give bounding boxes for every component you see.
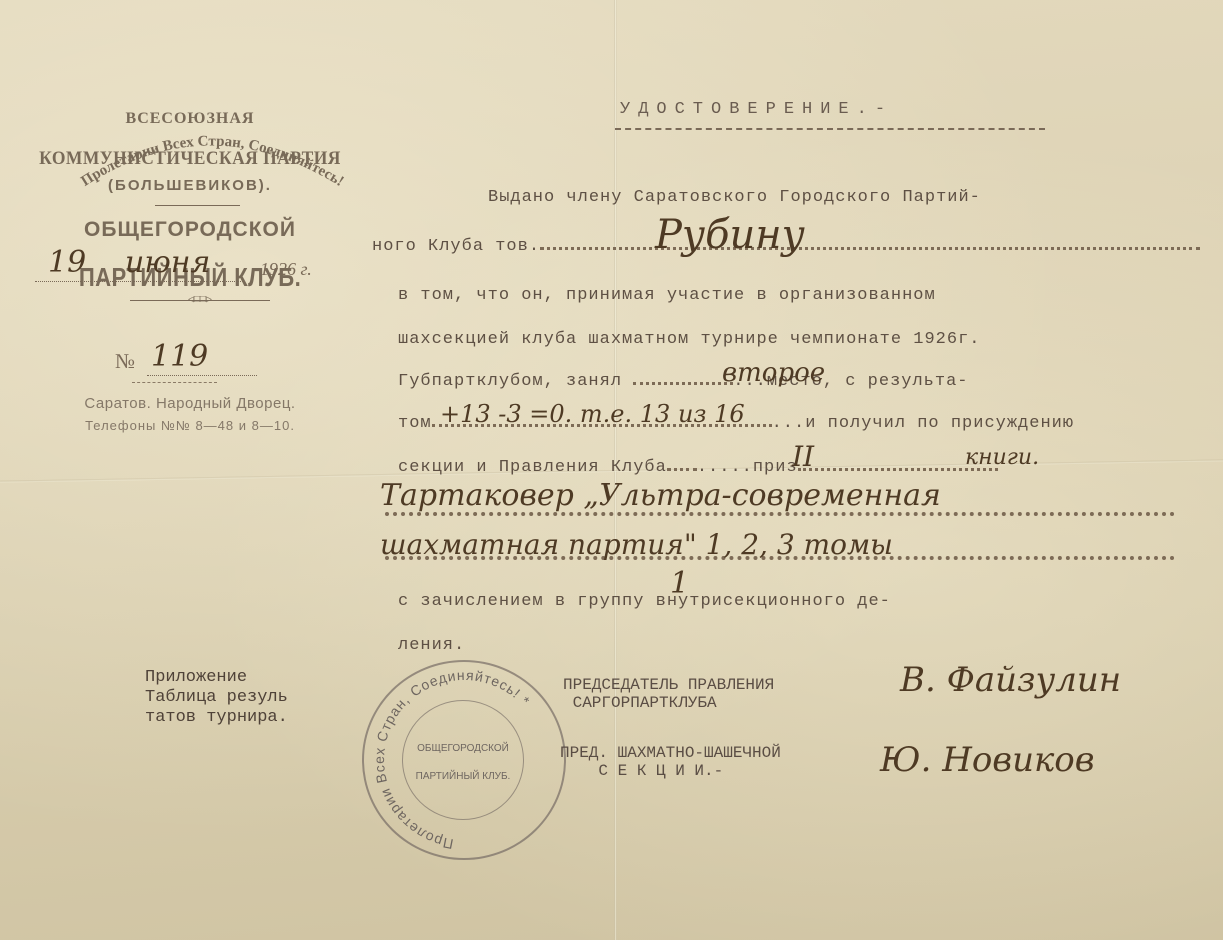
chair-signature: В. Файзулин xyxy=(900,660,1121,700)
result-value: +13 -3 =0. т.е. 13 из 16 xyxy=(440,400,745,428)
body-line-10: с зачислением в группу внутрисекционного… xyxy=(398,592,891,611)
title-underline xyxy=(615,128,1045,130)
address: Саратов. Народный Дворец. xyxy=(30,395,350,412)
number-sign: № xyxy=(115,349,135,374)
chair-title: ПРЕДСЕДАТЕЛЬ ПРАВЛЕНИЯ САРГОРПАРТКЛУБА xyxy=(563,676,774,712)
date-month: июня xyxy=(125,245,210,280)
section-chair-signature: Ю. Новиков xyxy=(880,740,1095,780)
round-seal: Пролетарии Всех Стран, Соединяйтесь! * О… xyxy=(362,660,566,860)
party-line-3: (БОЛЬШЕВИКОВ). xyxy=(20,177,360,194)
line2-prefix: ного Клуба тов. xyxy=(372,237,540,256)
party-line-2: КОММУНИСТИЧЕСКАЯ ПАРТИЯ xyxy=(34,148,347,170)
seal-line-2: ПАРТИЙНЫЙ КЛУБ. xyxy=(403,771,523,782)
document-title: УДОСТОВЕРЕНИЕ.- xyxy=(620,100,893,119)
number-value: 119 xyxy=(151,339,208,374)
address-block: Саратов. Народный Дворец. Телефоны №№ 8—… xyxy=(30,395,350,433)
issue-date: 19 июня 1926 г. xyxy=(30,245,350,285)
ornament-divider xyxy=(155,205,240,206)
phones: Телефоны №№ 8—48 и 8—10. xyxy=(30,418,350,433)
date-underline xyxy=(35,281,245,282)
document-number: № 119 xyxy=(115,345,255,379)
line6-suffix: ...и получил по присуждению xyxy=(772,414,1074,433)
prize-description-2: шахматная партия" 1, 2, 3 томы xyxy=(380,528,893,561)
line7-mid: .....приз xyxy=(697,458,798,477)
seal-center: ОБЩЕГОРОДСКОЙ ПАРТИЙНЫЙ КЛУБ. xyxy=(402,700,524,820)
date-year: 1926 г. xyxy=(260,259,312,280)
date-day: 19 xyxy=(48,245,86,280)
name-dotted-field xyxy=(540,247,1200,250)
appendix-note: Приложение Таблица резуль татов турнира. xyxy=(145,668,288,728)
place-dotted-field xyxy=(633,382,733,385)
body-line-1: Выдано члену Саратовского Городского Пар… xyxy=(488,188,981,207)
body-line-7: секции и Правления Клуба.....приз xyxy=(398,458,998,477)
line5-prefix: Губпартклубом, занял xyxy=(398,372,622,391)
ornament-wave xyxy=(132,382,217,383)
body-line-11: ления. xyxy=(398,636,465,655)
prize-place: II xyxy=(792,440,814,473)
line6-prefix: том xyxy=(398,414,432,433)
party-line-1: ВСЕСОЮЗНАЯ xyxy=(20,110,360,128)
section-chair-title: ПРЕД. ШАХМАТНО-ШАШЕЧНОЙ С Е К Ц И И.- xyxy=(560,744,781,780)
club-line-1: ОБЩЕГОРОДСКОЙ xyxy=(20,218,360,242)
body-line-4: шахсекцией клуба шахматном турнире чемпи… xyxy=(398,330,981,349)
seal-line-1: ОБЩЕГОРОДСКОЙ xyxy=(403,743,523,754)
prize-type: книги. xyxy=(965,445,1039,470)
body-line-5: Губпартклубом, занял ...место, с результ… xyxy=(398,372,969,391)
line7-prefix: секции и Правления Клуба xyxy=(398,458,667,477)
prize-no-dotted-field xyxy=(667,468,697,471)
ornament-divider-2: ◁□□▷ xyxy=(130,300,270,301)
recipient-name: Рубину xyxy=(655,212,805,258)
prize-description-1: Тартаковер „Ультра-современная xyxy=(380,478,941,513)
number-underline xyxy=(147,375,257,376)
body-line-3: в том, что он, принимая участие в органи… xyxy=(398,286,936,305)
place-value: второе xyxy=(722,358,825,388)
